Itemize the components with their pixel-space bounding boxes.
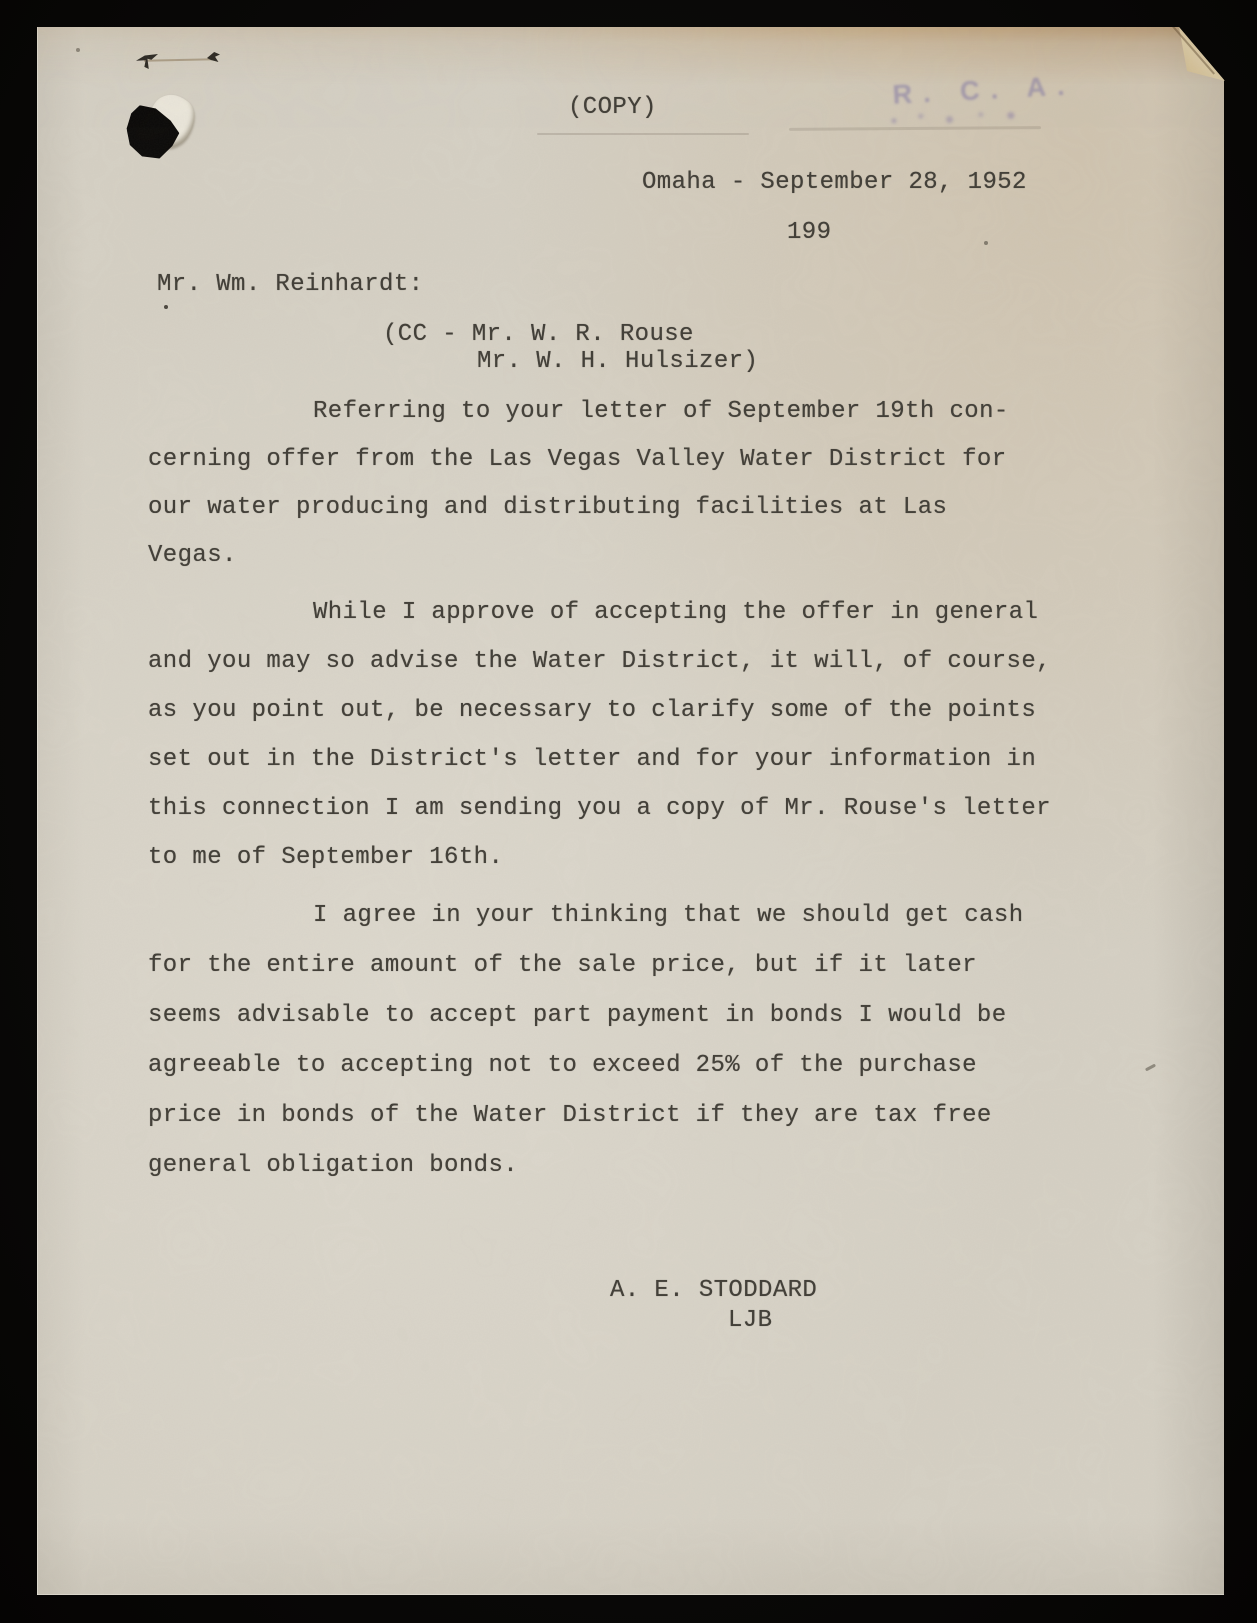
cc-line-2: Mr. W. H. Hulsizer) bbox=[477, 347, 758, 377]
signature-name: A. E. STODDARD bbox=[610, 1276, 817, 1306]
paper-speck bbox=[984, 241, 988, 245]
staple-rust-line bbox=[144, 58, 214, 61]
pencil-smudge bbox=[789, 126, 1041, 131]
paragraph-2: While I approve of accepting the offer i… bbox=[148, 588, 1148, 882]
pencil-smudge bbox=[537, 133, 749, 135]
letter-page: R. C. A. (COPY) Omaha - September 28, 19… bbox=[37, 27, 1224, 1595]
staple-mark bbox=[207, 52, 220, 62]
paper-speck bbox=[76, 48, 80, 52]
dateline: Omaha - September 28, 1952 bbox=[642, 168, 1027, 198]
cc-line-1: (CC - Mr. W. R. Rouse bbox=[383, 320, 694, 350]
page-number: 199 bbox=[787, 218, 831, 248]
stray-ink-dot bbox=[164, 305, 168, 309]
typist-initials: LJB bbox=[728, 1306, 772, 1336]
scan-background: { "doc": { "copy_label": "(COPY)", "date… bbox=[0, 0, 1257, 1623]
copy-label: (COPY) bbox=[568, 93, 657, 123]
faded-stamp-text: R. C. A. bbox=[892, 70, 1076, 111]
faded-stamp: R. C. A. bbox=[892, 70, 1077, 129]
recipient-line: Mr. Wm. Reinhardt: bbox=[157, 270, 423, 300]
paragraph-3: I agree in your thinking that we should … bbox=[148, 891, 1148, 1191]
paragraph-1: Referring to your letter of September 19… bbox=[148, 388, 1148, 580]
